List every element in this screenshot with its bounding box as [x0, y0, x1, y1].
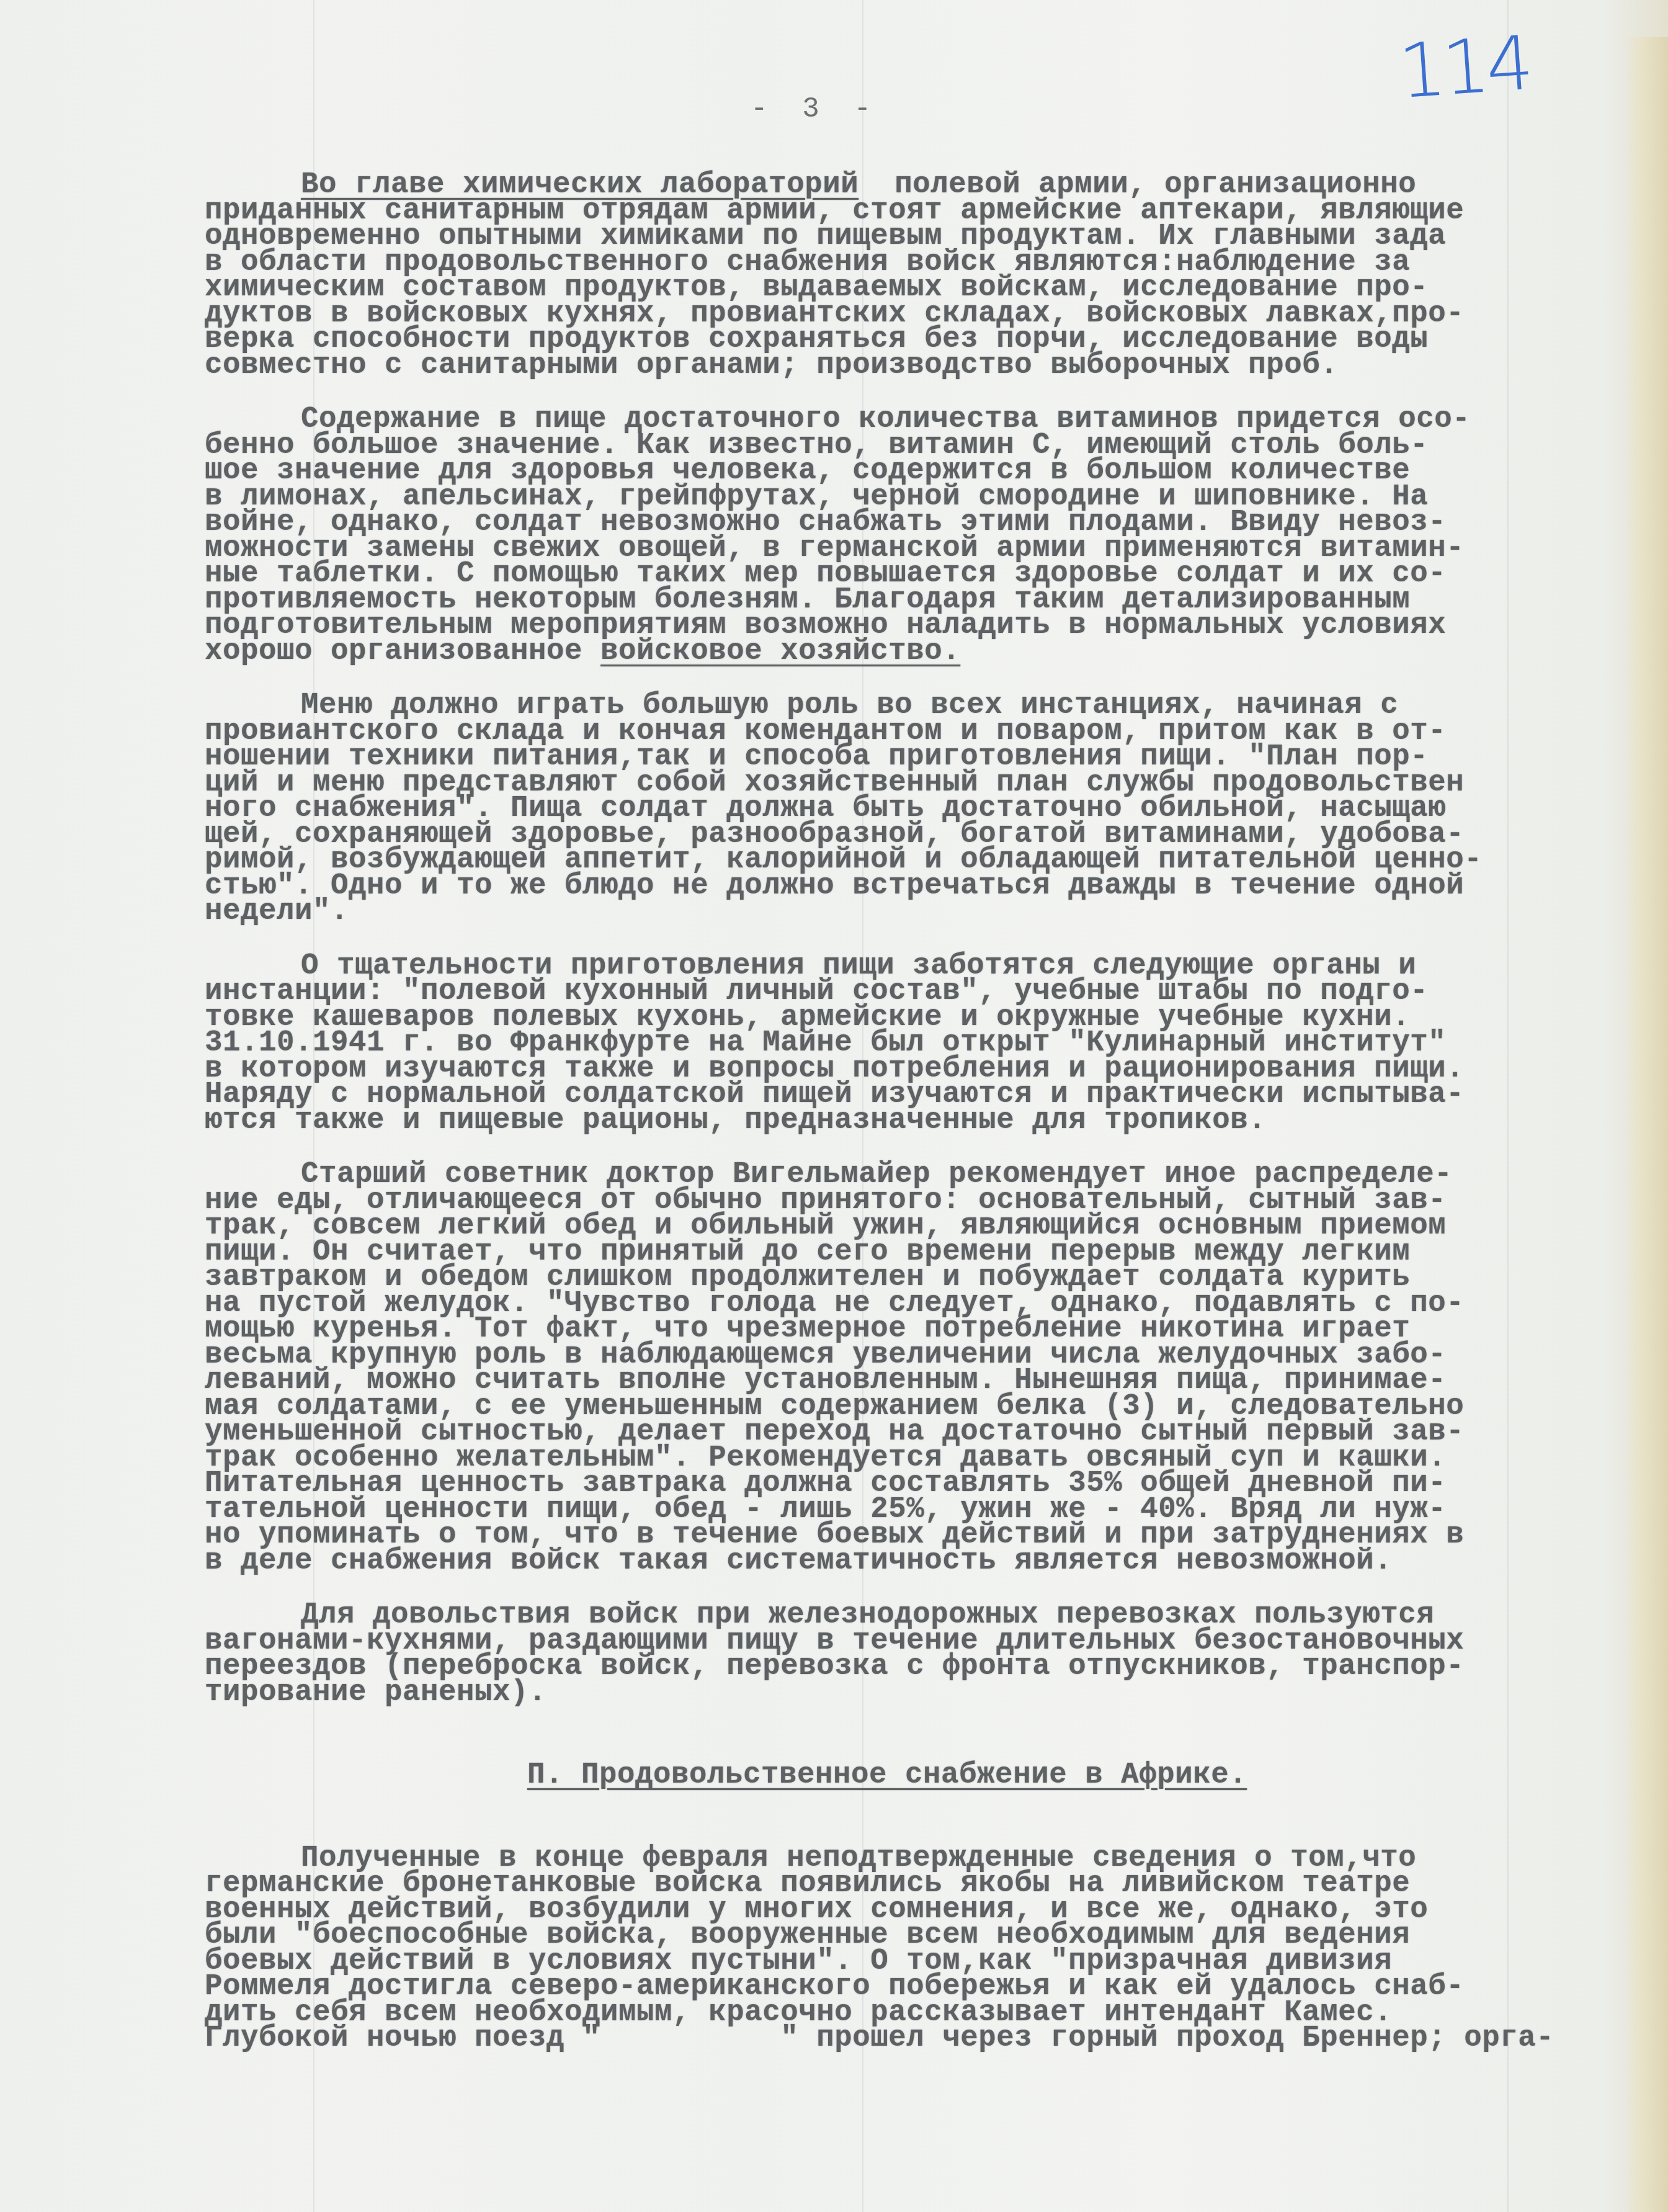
text-line: ются также и пищевые рационы, предназнач… — [205, 1108, 1631, 1134]
section-heading: П. Продовольственное снабжение в Африке. — [205, 1763, 1631, 1789]
text-line: в деле снабжения войск такая систематичн… — [205, 1549, 1631, 1575]
underlined-phrase: войсковое хозяйство. — [600, 635, 960, 668]
text-line: Глубокой ночью поезд " " прошел через го… — [205, 2026, 1631, 2052]
document-page: 114 - 3 - Во главе химических лаборатори… — [0, 0, 1668, 2212]
paragraph-gap — [205, 1789, 1631, 1817]
archive-folio-number: 114 — [1396, 20, 1532, 115]
text-line: совместно с санитарными органами; произв… — [205, 353, 1631, 379]
text-line: стью". Одно и то же блюдо не должно встр… — [205, 874, 1631, 900]
text-line: тирование раненых). — [205, 1680, 1631, 1706]
paragraph-gap — [205, 1706, 1631, 1734]
document-body: Во главе химических лабораторий полевой … — [205, 172, 1631, 2052]
text-line: недели". — [205, 899, 1631, 925]
text-line: хорошо организованное войсковое хозяйств… — [205, 639, 1631, 665]
page-number: - 3 - — [751, 93, 880, 125]
